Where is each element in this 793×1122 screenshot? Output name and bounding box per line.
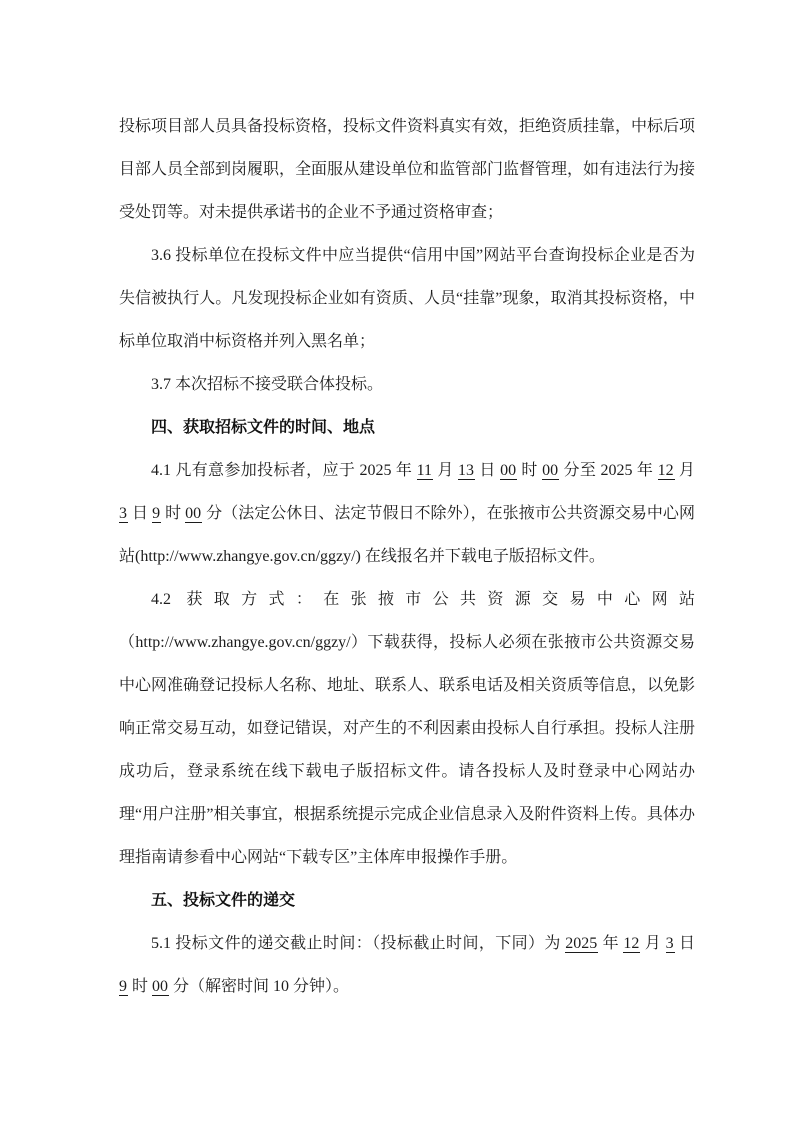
paragraph-5-1: 5.1 投标文件的递交截止时间：（投标截止时间，下同）为 2025 年 12 月… (119, 922, 695, 1008)
text-run: 时 (128, 978, 152, 995)
underlined-value: 9 (152, 505, 161, 523)
website-url: （http://www.zhangye.gov.cn/ggzy/） (119, 634, 367, 651)
underlined-value: 9 (119, 978, 128, 996)
underlined-value: 2025 (565, 935, 598, 953)
text-run: 月 (640, 935, 665, 952)
underlined-value: 12 (658, 462, 675, 480)
underlined-value: 11 (417, 462, 433, 480)
underlined-value: 3 (666, 935, 675, 953)
text-run: 日 (475, 462, 500, 479)
section-heading-4: 四、获取招标文件的时间、地点 (119, 406, 695, 449)
underlined-value: 3 (119, 505, 128, 523)
website-url: (http://www.zhangye.gov.cn/ggzy/) (135, 548, 361, 565)
underlined-value: 00 (542, 462, 559, 480)
text-run: 月 (675, 462, 695, 479)
text-run: 分（解密时间 10 分钟）。 (169, 978, 349, 995)
underlined-value: 00 (185, 505, 202, 523)
text-run: 4.1 凡有意参加投标者，应于 2025 年 (151, 462, 417, 479)
underlined-value: 12 (623, 935, 640, 953)
paragraph-3-6: 3.6 投标单位在投标文件中应当提供“信用中国”网站平台查询投标企业是否为失信被… (119, 234, 695, 363)
text-run: 分至 2025 年 (559, 462, 657, 479)
paragraph-4-1: 4.1 凡有意参加投标者，应于 2025 年 11 月 13 日 00 时 00… (119, 449, 695, 578)
paragraph-4-2: 4.2 获取方式：在张掖市公共资源交易中心网站（http://www.zhang… (119, 578, 695, 879)
text-run: 时 (517, 462, 542, 479)
text-run: 4.2 获取方式：在张掖市公共资源交易中心网站 (151, 591, 695, 608)
paragraph-3-7: 3.7 本次招标不接受联合体投标。 (119, 363, 695, 406)
section-heading-5: 五、投标文件的递交 (119, 879, 695, 922)
underlined-value: 13 (458, 462, 475, 480)
text-run: 日 (128, 505, 152, 522)
text-run: 5.1 投标文件的递交截止时间：（投标截止时间，下同）为 (151, 935, 565, 952)
underlined-value: 00 (500, 462, 517, 480)
underlined-value: 00 (152, 978, 169, 996)
text-run: 年 (598, 935, 623, 952)
text-run: 月 (433, 462, 458, 479)
text-run: 下载获得，投标人必须在张掖市公共资源交易中心网准确登记投标人名称、地址、联系人、… (119, 634, 695, 866)
text-run: 时 (161, 505, 185, 522)
text-run: 日 (675, 935, 695, 952)
paragraph-continuation: 投标项目部人员具备投标资格，投标文件资料真实有效，拒绝资质挂靠，中标后项目部人员… (119, 105, 695, 234)
document-page: 投标项目部人员具备投标资格，投标文件资料真实有效，拒绝资质挂靠，中标后项目部人员… (0, 0, 793, 1122)
text-run: 在线报名并下载电子版招标文件。 (361, 548, 605, 565)
